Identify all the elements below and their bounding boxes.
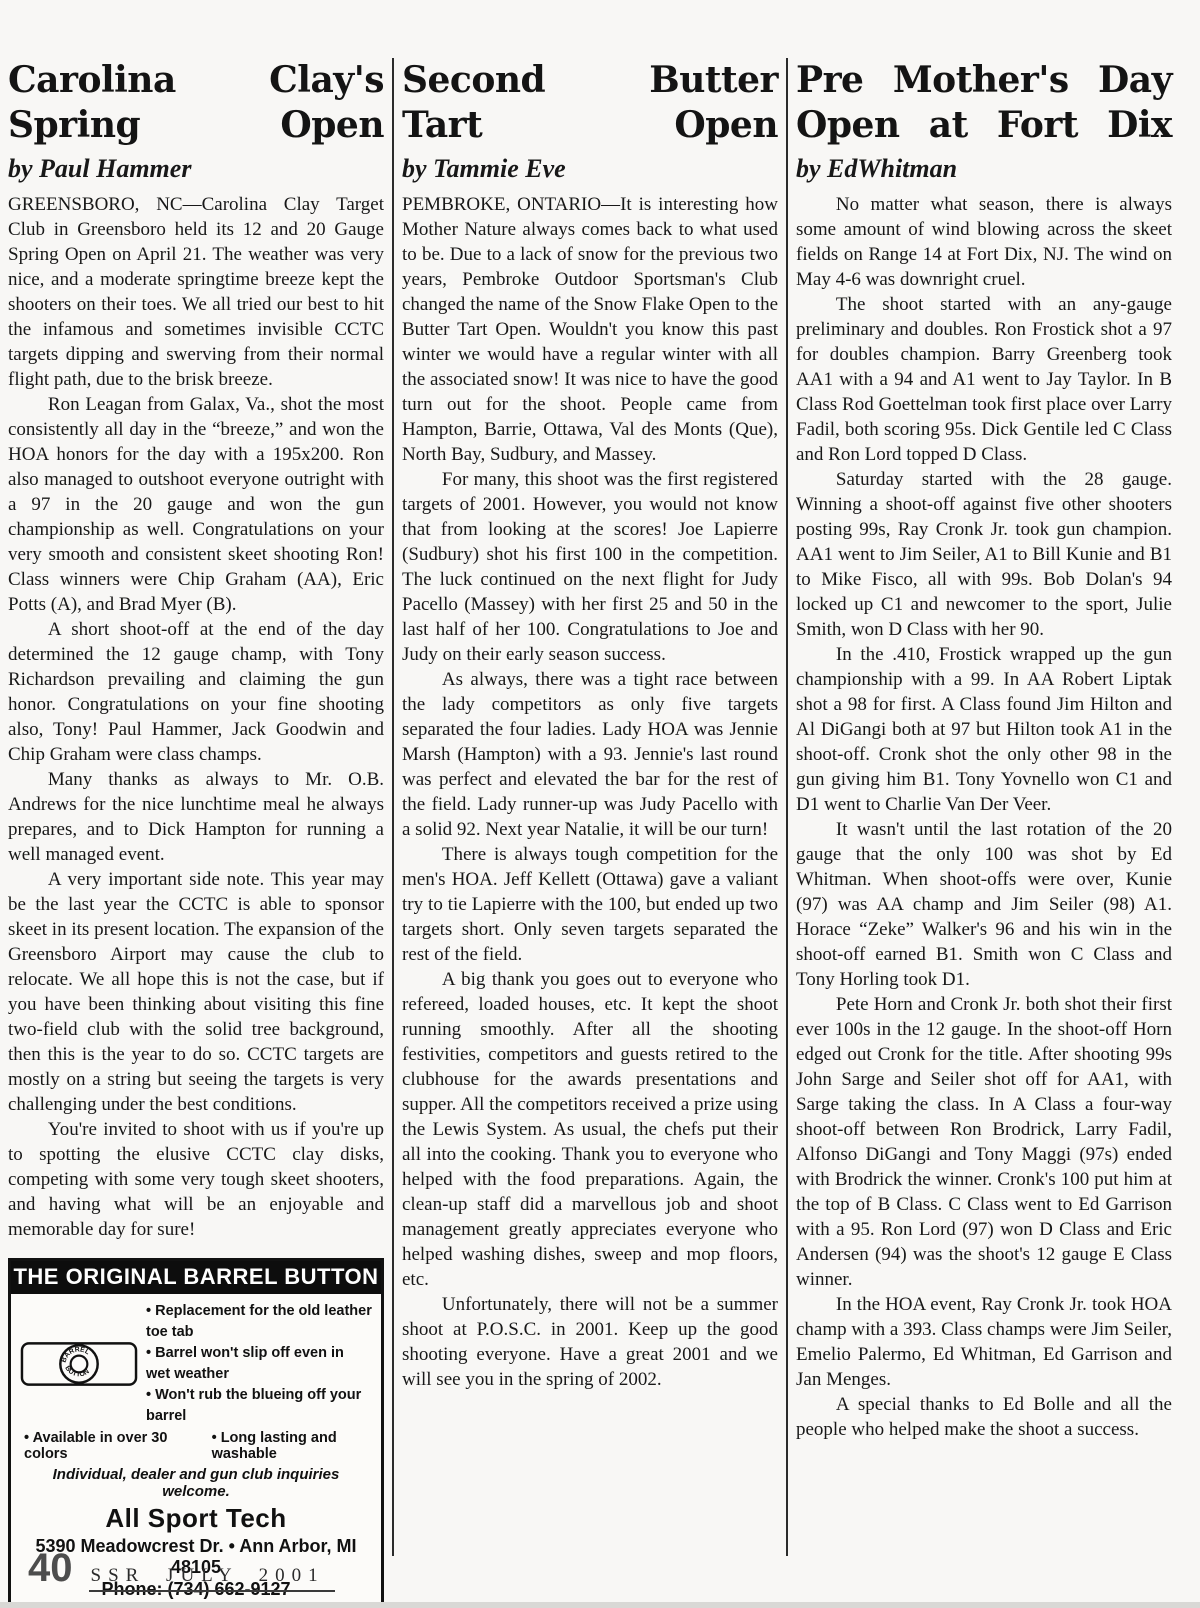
issue-title: SSR JULY 2001	[89, 1565, 335, 1592]
article-body: PEMBROKE, ONTARIO—It is interesting how …	[402, 192, 778, 1392]
paragraph: Saturday started with the 28 gauge. Winn…	[796, 467, 1172, 642]
article-title: Second Butter Tart Open	[402, 58, 778, 148]
columns-container: Carolina Clay's Spring Open by Paul Hamm…	[8, 58, 1172, 1556]
column-divider	[392, 58, 394, 1556]
page-footer: 40 SSR JULY 2001	[28, 1548, 335, 1592]
paragraph: PEMBROKE, ONTARIO—It is interesting how …	[402, 192, 778, 467]
paragraph: A short shoot-off at the end of the day …	[8, 617, 384, 767]
article-title-line1: Second Butter	[402, 58, 778, 103]
article-title-line1: Pre Mother's Day	[796, 58, 1172, 103]
paragraph: Many thanks as always to Mr. O.B. Andrew…	[8, 767, 384, 867]
paragraph: As always, there was a tight race betwee…	[402, 667, 778, 842]
paragraph: A big thank you goes out to everyone who…	[402, 967, 778, 1292]
paragraph: A special thanks to Ed Bolle and all the…	[796, 1392, 1172, 1442]
article-carolina-clays: Carolina Clay's Spring Open by Paul Hamm…	[8, 58, 384, 1556]
ad-bullet: Available in over 30 colors	[24, 1430, 182, 1462]
page-number: 40	[28, 1548, 73, 1588]
paragraph: In the .410, Frostick wrapped up the gun…	[796, 642, 1172, 817]
ad-inquiries-line: Individual, dealer and gun club inquirie…	[20, 1466, 372, 1500]
paragraph: No matter what season, there is always s…	[796, 192, 1172, 292]
article-fort-dix: Pre Mother's Day Open at Fort Dix by EdW…	[796, 58, 1172, 1556]
article-title-line2: Spring Open	[8, 103, 384, 148]
paragraph: It wasn't until the last rotation of the…	[796, 817, 1172, 992]
ad-bullet-row: Available in over 30 colorsLong lasting …	[20, 1430, 372, 1462]
article-title-line2: Open at Fort Dix	[796, 103, 1172, 148]
paragraph: Ron Leagan from Galax, Va., shot the mos…	[8, 392, 384, 617]
paragraph: There is always tough competition for th…	[402, 842, 778, 967]
ad-bullet: Won't rub the blueing off your barrel	[146, 1385, 372, 1427]
article-title-line1: Carolina Clay's	[8, 58, 384, 103]
article-title: Carolina Clay's Spring Open	[8, 58, 384, 148]
paragraph: In the HOA event, Ray Cronk Jr. took HOA…	[796, 1292, 1172, 1392]
paragraph: For many, this shoot was the first regis…	[402, 467, 778, 667]
article-title-line2: Tart Open	[402, 103, 778, 148]
paragraph: GREENSBORO, NC—Carolina Clay Target Club…	[8, 192, 384, 392]
paragraph: You're invited to shoot with us if you'r…	[8, 1117, 384, 1242]
article-byline: by Tammie Eve	[402, 154, 778, 184]
scan-edge-strip	[0, 1602, 1200, 1608]
article-byline: by EdWhitman	[796, 154, 1172, 184]
ad-bullet: Replacement for the old leather toe tab	[146, 1301, 372, 1343]
paragraph: A very important side note. This year ma…	[8, 867, 384, 1117]
article-body: GREENSBORO, NC—Carolina Clay Target Club…	[8, 192, 384, 1242]
magazine-page: Carolina Clay's Spring Open by Paul Hamm…	[0, 0, 1200, 1608]
ad-bullet: Barrel won't slip off even in wet weathe…	[146, 1343, 372, 1385]
article-byline: by Paul Hammer	[8, 154, 384, 184]
ad-bullet-list: Replacement for the old leather toe tabB…	[146, 1301, 372, 1427]
paragraph: Pete Horn and Cronk Jr. both shot their …	[796, 992, 1172, 1292]
barrel-button-logo-icon: BARREL BUTTON	[20, 1339, 138, 1389]
article-title: Pre Mother's Day Open at Fort Dix	[796, 58, 1172, 148]
ad-logo-row: BARREL BUTTON Replacement for the old le…	[20, 1301, 372, 1427]
column-divider	[786, 58, 788, 1556]
paragraph: Unfortunately, there will not be a summe…	[402, 1292, 778, 1392]
article-butter-tart: Second Butter Tart Open by Tammie Eve PE…	[402, 58, 778, 1556]
ad-company-name: All Sport Tech	[20, 1503, 372, 1534]
paragraph: The shoot started with an any-gauge prel…	[796, 292, 1172, 467]
ad-header: THE ORIGINAL BARREL BUTTON	[11, 1261, 381, 1294]
article-body: No matter what season, there is always s…	[796, 192, 1172, 1442]
ad-bullet: Long lasting and washable	[212, 1430, 372, 1462]
